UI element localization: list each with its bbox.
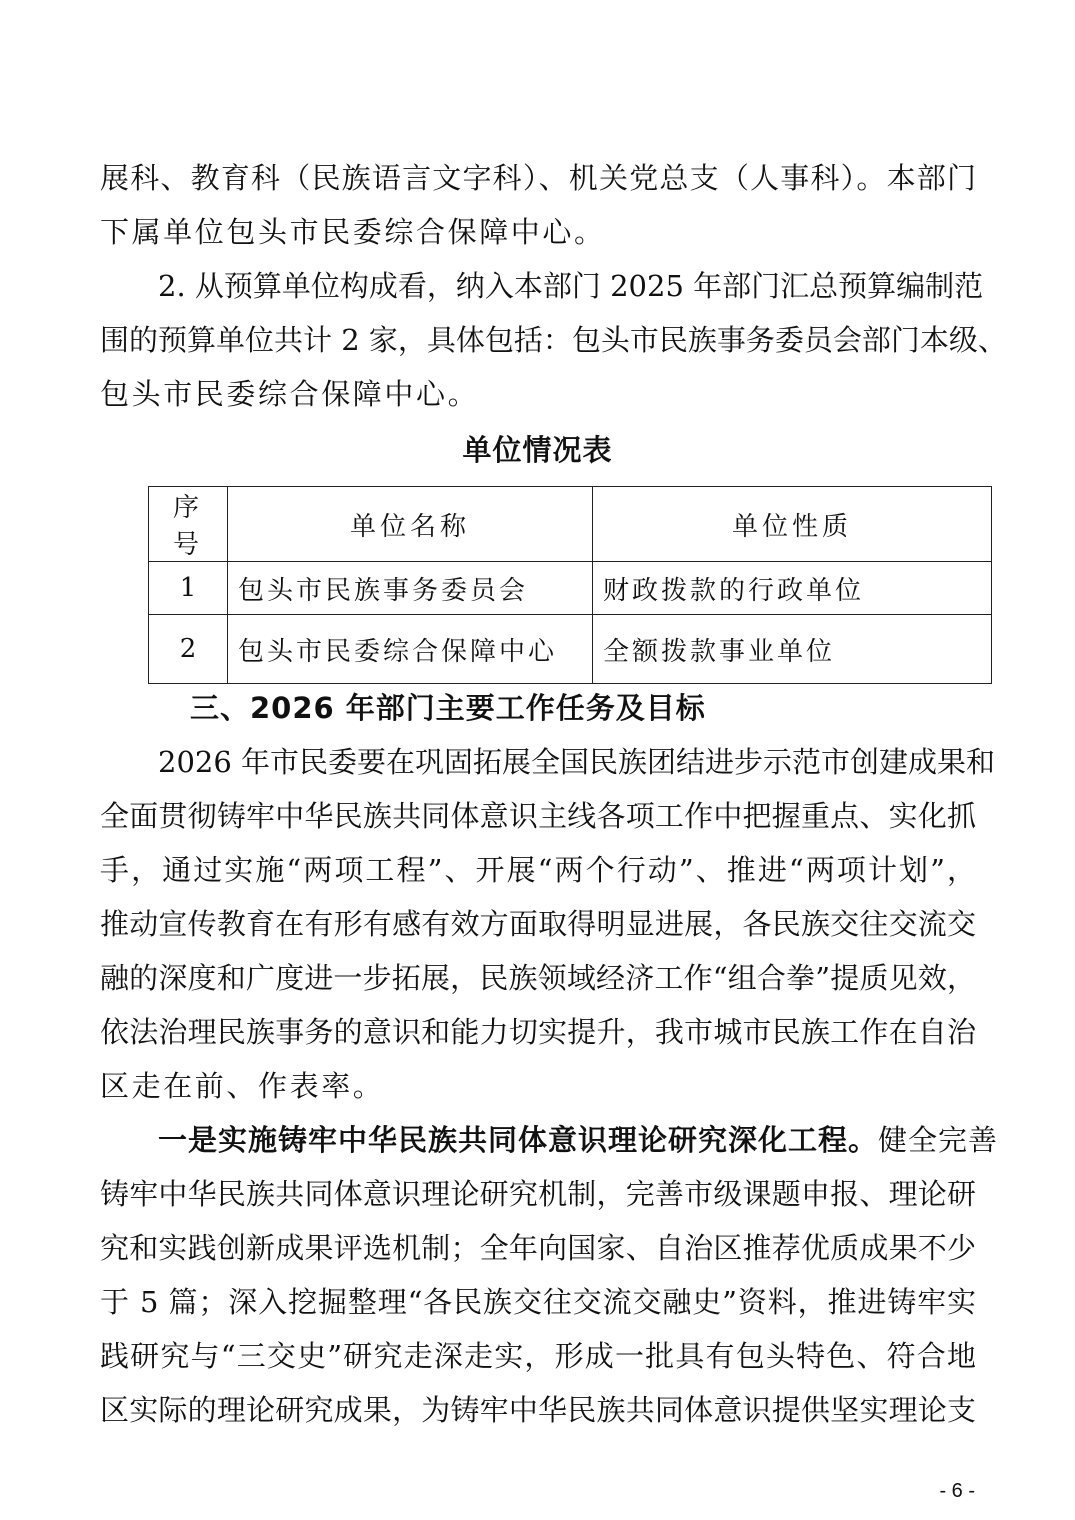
unit-table: 序号 单位名称 单位性质 1 包头市民族事务委员会 财政拨款的行政单位 2 包头… xyxy=(148,486,992,684)
table-row: 2 包头市民委综合保障中心 全额拨款事业单位 xyxy=(149,615,992,684)
table-header-row: 序号 单位名称 单位性质 xyxy=(149,487,992,562)
header-index: 序号 xyxy=(149,487,228,562)
text-line: 依法治理民族事务的意识和能力切实提升，我市城市民族工作在自治 xyxy=(100,1014,976,1050)
cell-unit-type: 财政拨款的行政单位 xyxy=(593,562,992,615)
page-number: - 6 - xyxy=(939,1480,975,1503)
text-line: 围的预算单位共计 2 家，具体包括：包头市民族事务委员会部门本级、 xyxy=(100,322,976,358)
text-line: 2. 从预算单位构成看，纳入本部门 2025 年部门汇总预算编制范 xyxy=(158,268,976,304)
section-heading: 三、2026 年部门主要工作任务及目标 xyxy=(190,686,706,727)
table-caption: 单位情况表 xyxy=(0,428,1075,469)
text-line: 2026 年市民委要在巩固拓展全国民族团结进步示范市创建成果和 xyxy=(158,744,976,780)
text-line: 手，通过实施“两项工程”、开展“两个行动”、推进“两项计划”， xyxy=(100,852,976,888)
text-line: 区实际的理论研究成果，为铸牢中华民族共同体意识提供坚实理论支 xyxy=(100,1392,976,1428)
table-row: 1 包头市民族事务委员会 财政拨款的行政单位 xyxy=(149,562,992,615)
text-line: 究和实践创新成果评选机制；全年向国家、自治区推荐优质成果不少 xyxy=(100,1230,976,1266)
cell-unit-name: 包头市民族事务委员会 xyxy=(228,562,593,615)
text-line: 推动宣传教育在有形有感有效方面取得明显进展，各民族交往交流交 xyxy=(100,906,976,942)
text-line: 一是实施铸牢中华民族共同体意识理论研究深化工程。健全完善 xyxy=(158,1122,976,1158)
text-line: 区走在前、作表率。 xyxy=(100,1068,976,1104)
text-line: 全面贯彻铸牢中华民族共同体意识主线各项工作中把握重点、实化抓 xyxy=(100,798,976,834)
text-line: 融的深度和广度进一步拓展，民族领域经济工作“组合拳”提质见效， xyxy=(100,960,976,996)
text-line: 展科、教育科（民族语言文字科）、机关党总支（人事科）。本部门 xyxy=(100,160,976,196)
text-line: 铸牢中华民族共同体意识理论研究机制，完善市级课题申报、理论研 xyxy=(100,1176,976,1212)
text-line: 包头市民委综合保障中心。 xyxy=(100,376,976,412)
text-line: 下属单位包头市民委综合保障中心。 xyxy=(100,214,976,250)
cell-index: 1 xyxy=(149,562,228,615)
cell-unit-name: 包头市民委综合保障中心 xyxy=(228,615,593,684)
header-unit-type: 单位性质 xyxy=(593,487,992,562)
text-line: 于 5 篇；深入挖掘整理“各民族交往交流交融史”资料，推进铸牢实 xyxy=(100,1284,976,1320)
text-run: 健全完善 xyxy=(878,1123,998,1157)
header-unit-name: 单位名称 xyxy=(228,487,593,562)
cell-unit-type: 全额拨款事业单位 xyxy=(593,615,992,684)
text-line: 践研究与“三交史”研究走深走实，形成一批具有包头特色、符合地 xyxy=(100,1338,976,1374)
cell-index: 2 xyxy=(149,615,228,684)
bold-lead: 一是实施铸牢中华民族共同体意识理论研究深化工程。 xyxy=(158,1123,878,1157)
